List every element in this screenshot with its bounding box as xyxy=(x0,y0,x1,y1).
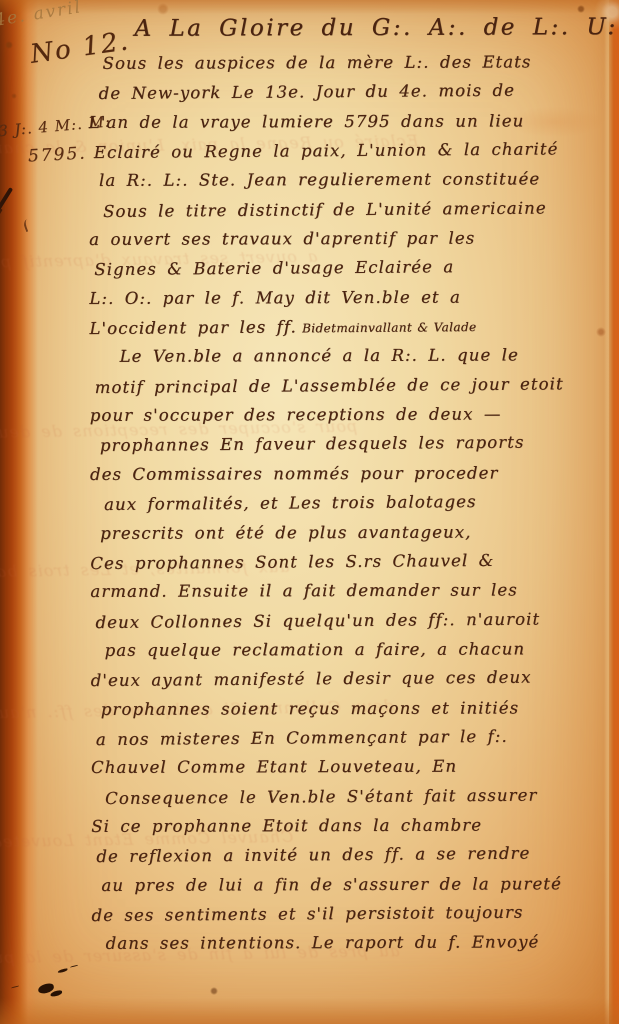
manuscript-line-text: prophannes En faveur desquels les raport… xyxy=(100,433,525,455)
manuscript-line: Consequence le Ven.ble S'étant fait assu… xyxy=(105,780,608,813)
manuscript-line: des Commissaires nommés pour proceder xyxy=(90,458,607,489)
manuscript-line: de reflexion a invité un des ff. a se re… xyxy=(96,838,608,871)
manuscript-line-small-names: Bidetmainvallant & Valade xyxy=(297,320,477,335)
manuscript-line: deux Collonnes Si quelqu'un des ff:. n'a… xyxy=(95,604,607,637)
manuscript-line: motif principal de L'assemblée de ce jou… xyxy=(95,369,607,402)
manuscript-line-text: motif principal de L'assemblée de ce jou… xyxy=(95,374,564,397)
manuscript-line: pour s'occuper des receptions de deux — xyxy=(90,399,607,430)
manuscript-line: Le Ven.ble a annoncé a la R:. L. que le xyxy=(119,341,606,372)
manuscript-line: de ses sentiments et s'il persistoit tou… xyxy=(91,897,608,930)
manuscript-line-text: Sous les auspices de la mère L:. des Eta… xyxy=(102,52,531,72)
manuscript-line: pas quelque reclamation a faire, a chacu… xyxy=(105,634,608,665)
manuscript-line-text: Eclairé ou Regne la paix, L'union & la c… xyxy=(94,139,559,162)
manuscript-line: Si ce prophanne Etoit dans la chambre xyxy=(91,810,608,841)
manuscript-line: dans ses intentions. Le raport du f. Env… xyxy=(106,927,609,958)
manuscript-line-text: la R:. L:. Ste. Jean regulierement const… xyxy=(99,170,540,191)
manuscript-line: prescrits ont été de plus avantageux, xyxy=(100,517,607,548)
manuscript-line-text: pas quelque reclamation a faire, a chacu… xyxy=(105,639,526,659)
manuscript-line-text: L:. O:. par le f. May dit Ven.ble et a xyxy=(89,287,461,307)
manuscript-line: L:. O:. par le f. May dit Ven.ble et a xyxy=(89,282,606,313)
manuscript-line-text: deux Collonnes Si quelqu'un des ff:. n'a… xyxy=(95,609,540,631)
manuscript-line-text: au pres de lui a fin de s'assurer de la … xyxy=(101,874,562,895)
manuscript-line: la R:. L:. Ste. Jean regulierement const… xyxy=(99,164,606,195)
manuscript-line: prophannes En faveur desquels les raport… xyxy=(100,427,607,460)
manuscript-line-text: Chauvel Comme Etant Louveteau, En xyxy=(91,757,457,777)
margin-year: 5795. xyxy=(28,143,88,166)
manuscript-line: Sous les auspices de la mère L:. des Eta… xyxy=(102,47,605,78)
manuscript-line: Eclairé ou Regne la paix, L'union & la c… xyxy=(94,134,606,167)
manuscript-line: Sous le titre distinctif de L'unité amer… xyxy=(103,193,606,226)
manuscript-line: au pres de lui a fin de s'assurer de la … xyxy=(101,869,608,900)
manuscript-line-text: Si ce prophanne Etoit dans la chambre xyxy=(91,815,482,835)
manuscript-line-text: L'occident par les ff. xyxy=(89,317,297,338)
manuscript-line-text: des Commissaires nommés pour proceder xyxy=(90,463,499,483)
manuscript-line-text: Sous le titre distinctif de L'unité amer… xyxy=(103,198,547,220)
manuscript-line-text: de reflexion a invité un des ff. a se re… xyxy=(96,844,530,866)
manuscript-line: d'eux ayant manifesté le desir que ces d… xyxy=(91,662,608,695)
manuscript-line: Chauvel Comme Etant Louveteau, En xyxy=(91,751,608,782)
manuscript-line: Ces prophannes Sont les S.rs Chauvel & xyxy=(90,545,607,578)
manuscript-line: armand. Ensuite il a fait demander sur l… xyxy=(90,575,607,606)
manuscript-line: L'occident par les ff. Bidetmainvallant … xyxy=(89,310,606,343)
manuscript-line-text: de New-york Le 13e. Jour du 4e. mois de xyxy=(99,81,516,103)
manuscript-line: L'an de la vraye lumiere 5795 dans un li… xyxy=(89,106,606,137)
manuscript-line-text: dans ses intentions. Le raport du f. Env… xyxy=(106,933,540,954)
manuscript-line-text: d'eux ayant manifesté le desir que ces d… xyxy=(91,668,532,690)
manuscript-line: aux formalités, et Les trois balotages xyxy=(104,486,607,519)
manuscript-line: a ouvert ses travaux d'aprentif par les xyxy=(89,223,606,254)
manuscript-line-text: de ses sentiments et s'il persistoit tou… xyxy=(91,903,523,925)
manuscript-line-text: prescrits ont été de plus avantageux, xyxy=(100,522,471,542)
manuscript-line-text: Le Ven.ble a annoncé a la R:. L. que le xyxy=(120,346,519,366)
manuscript-line-text: a ouvert ses travaux d'aprentif par les xyxy=(89,229,475,249)
manuscript-heading: A La Gloire du G:. A:. de L:. U:. et xyxy=(134,14,605,42)
manuscript-line-text: aux formalités, et Les trois balotages xyxy=(104,492,477,514)
manuscript-line: a nos misteres En Commençant par le f:. xyxy=(96,721,608,754)
manuscript-line: de New-york Le 13e. Jour du 4e. mois de xyxy=(99,75,606,108)
manuscript-line-text: a nos misteres En Commençant par le f:. xyxy=(96,727,508,749)
manuscript-line-text: Signes & Baterie d'usage Eclairée a xyxy=(94,258,454,280)
manuscript-line-text: pour s'occuper des receptions de deux — xyxy=(90,405,502,425)
manuscript-line-text: Ces prophannes Sont les S.rs Chauvel & xyxy=(90,551,494,573)
manuscript-line-text: armand. Ensuite il a fait demander sur l… xyxy=(90,581,517,601)
manuscript-line-text: L'an de la vraye lumiere 5795 dans un li… xyxy=(89,111,525,132)
manuscript-line-text: prophannes soient reçus maçons et initié… xyxy=(101,698,519,718)
manuscript-line-text: Consequence le Ven.ble S'étant fait assu… xyxy=(105,785,537,807)
manuscript-line: prophannes soient reçus maçons et initié… xyxy=(101,693,608,724)
manuscript-body: A La Gloire du G:. A:. de L:. U:. et Sou… xyxy=(88,14,608,958)
manuscript-line: Signes & Baterie d'usage Eclairée a xyxy=(94,251,606,284)
